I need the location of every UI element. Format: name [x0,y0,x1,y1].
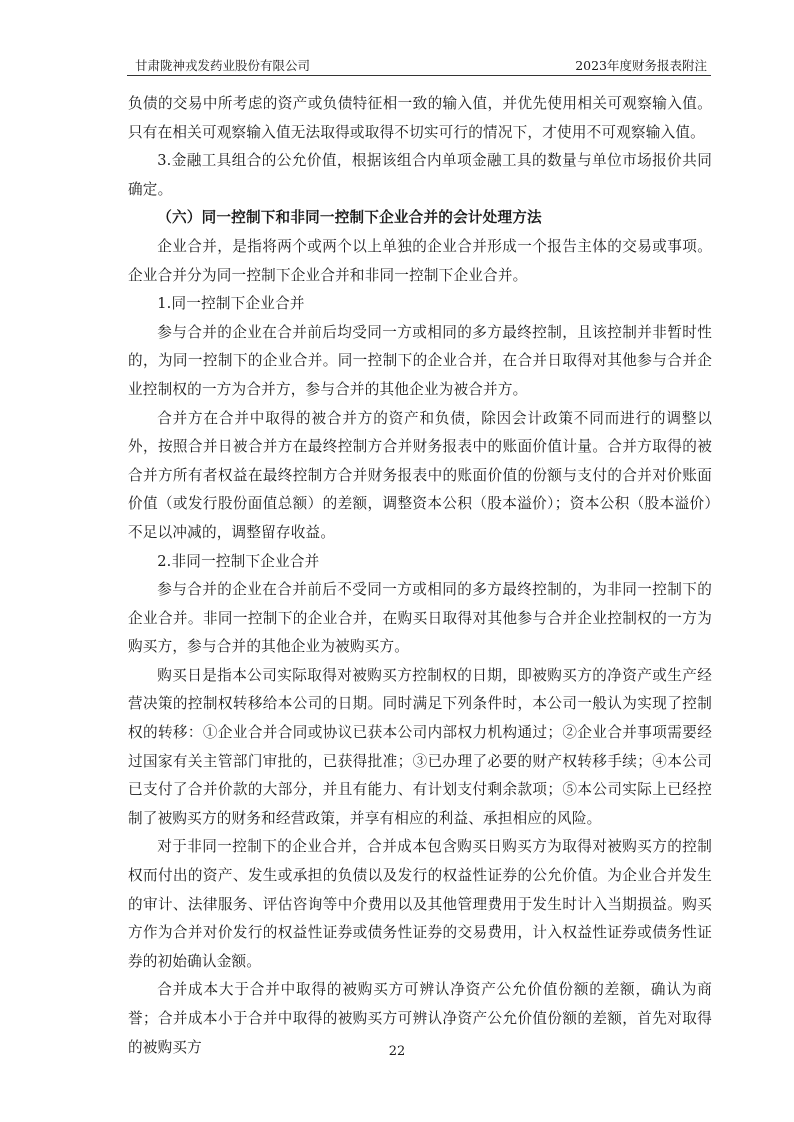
paragraph: 对于非同一控制下的企业合并，合并成本包含购买日购买方为取得对被购买方的控制权而付… [128,833,712,976]
paragraph: 购买日是指本公司实际取得对被购买方控制权的日期，即被购买方的净资产或生产经营决策… [128,662,712,834]
section-heading: （六）同一控制下和非同一控制下企业合并的会计处理方法 [128,204,712,233]
company-name: 甘肃陇神戎发药业股份有限公司 [135,56,310,74]
document-body: 负债的交易中所考虑的资产或负债特征相一致的输入值，并优先使用相关可观察输入值。只… [128,90,712,1062]
paragraph: 负债的交易中所考虑的资产或负债特征相一致的输入值，并优先使用相关可观察输入值。只… [128,90,712,147]
report-title: 2023年度财务报表附注 [575,56,707,74]
paragraph: 3.金融工具组合的公允价值，根据该组合内单项金融工具的数量与单位市场报价共同确定… [128,147,712,204]
paragraph: 企业合并，是指将两个或两个以上单独的企业合并形成一个报告主体的交易或事项。企业合… [128,233,712,290]
page-number: 22 [0,1044,794,1059]
page-header: 甘肃陇神戎发药业股份有限公司 2023年度财务报表附注 [127,55,711,76]
paragraph: 参与合并的企业在合并前后均受同一方或相同的多方最终控制，且该控制并非暂时性的，为… [128,319,712,405]
subsection-heading: 2.非同一控制下企业合并 [128,548,712,577]
subsection-heading: 1.同一控制下企业合并 [128,290,712,319]
paragraph: 参与合并的企业在合并前后不受同一方或相同的多方最终控制的，为非同一控制下的企业合… [128,576,712,662]
paragraph: 合并方在合并中取得的被合并方的资产和负债，除因会计政策不同而进行的调整以外，按照… [128,405,712,548]
